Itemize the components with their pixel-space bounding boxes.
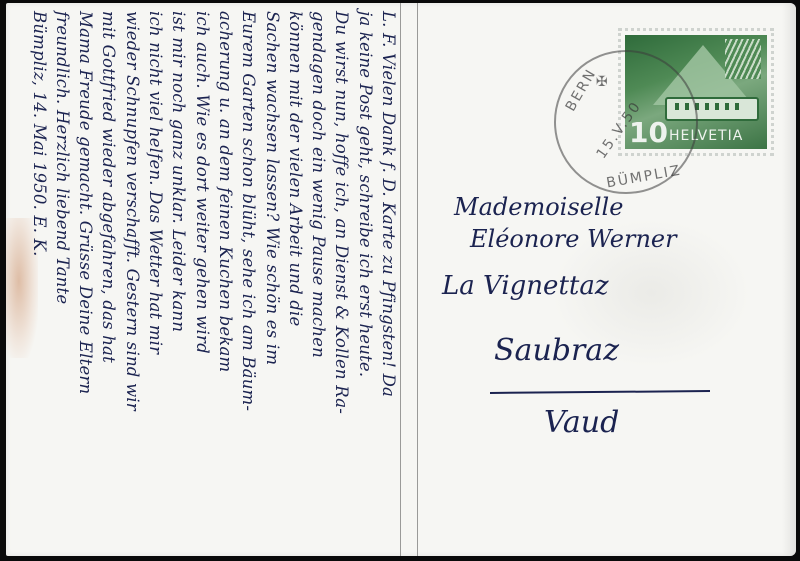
message-line: gendagen doch ein wenig Pause machen bbox=[307, 11, 330, 556]
stamp-value: 10 bbox=[629, 119, 668, 147]
address-underline bbox=[490, 390, 710, 394]
handwritten-message: L. F. Vielen Dank f. D. Karte zu Pfingst… bbox=[26, 11, 400, 556]
message-line: ich nicht viel helfen. Das Wetter hat mi… bbox=[144, 11, 167, 556]
divider-line bbox=[400, 3, 401, 556]
message-line: freundlich. Herzlich liebend Tante bbox=[51, 11, 74, 556]
address-street: La Vignettaz bbox=[442, 271, 609, 301]
recipient-address: Mademoiselle Eléonore Werner La Vignetta… bbox=[436, 183, 766, 453]
message-line: wieder Schnupfen verschafft. Gestern sin… bbox=[120, 11, 143, 556]
message-line: Eurem Garten schon blüht, sehe ich am Bä… bbox=[237, 11, 260, 556]
train-icon bbox=[665, 97, 759, 121]
message-line: ja keine Post geht, schreibe ich erst he… bbox=[353, 11, 376, 556]
message-line: Du wirst nun, hoffe ich, an Dienst & Kol… bbox=[330, 11, 353, 556]
message-line: L. F. Vielen Dank f. D. Karte zu Pfingst… bbox=[377, 11, 400, 556]
message-line: können mit der vielen Arbeit und die bbox=[284, 11, 307, 556]
message-line: Sachen wachsen lassen? Wie schön es im bbox=[260, 11, 283, 556]
postage-stamp: 10 HELVETIA bbox=[618, 28, 774, 156]
address-name: Eléonore Werner bbox=[470, 225, 677, 253]
message-line: ist mir noch ganz unklar. Leider kann bbox=[167, 11, 190, 556]
swiss-cross-icon: ✠ bbox=[596, 74, 610, 90]
message-line: Bümpliz, 14. Mai 1950. E. K. bbox=[27, 11, 50, 556]
message-line: ich auch. Wie es dort weiter gehen wird bbox=[190, 11, 213, 556]
address-canton: Vaud bbox=[544, 405, 619, 440]
sun-rays-icon bbox=[725, 39, 761, 79]
message-line: acherung u. an dem feinen Kuchen bekam bbox=[214, 11, 237, 556]
postcard: L. F. Vielen Dank f. D. Karte zu Pfingst… bbox=[6, 3, 796, 556]
stamp-image: 10 HELVETIA bbox=[625, 35, 767, 149]
stamp-country: HELVETIA bbox=[669, 128, 743, 144]
address-city: Saubraz bbox=[494, 333, 619, 368]
message-line: Mama Freude gemacht. Grüsse Deine Eltern bbox=[74, 11, 97, 556]
message-line: mit Gottfried wieder abgefahren, das hat bbox=[97, 11, 120, 556]
divider-line bbox=[417, 3, 418, 556]
postmark-city: BERN bbox=[563, 66, 600, 114]
address-title: Mademoiselle bbox=[454, 193, 623, 221]
